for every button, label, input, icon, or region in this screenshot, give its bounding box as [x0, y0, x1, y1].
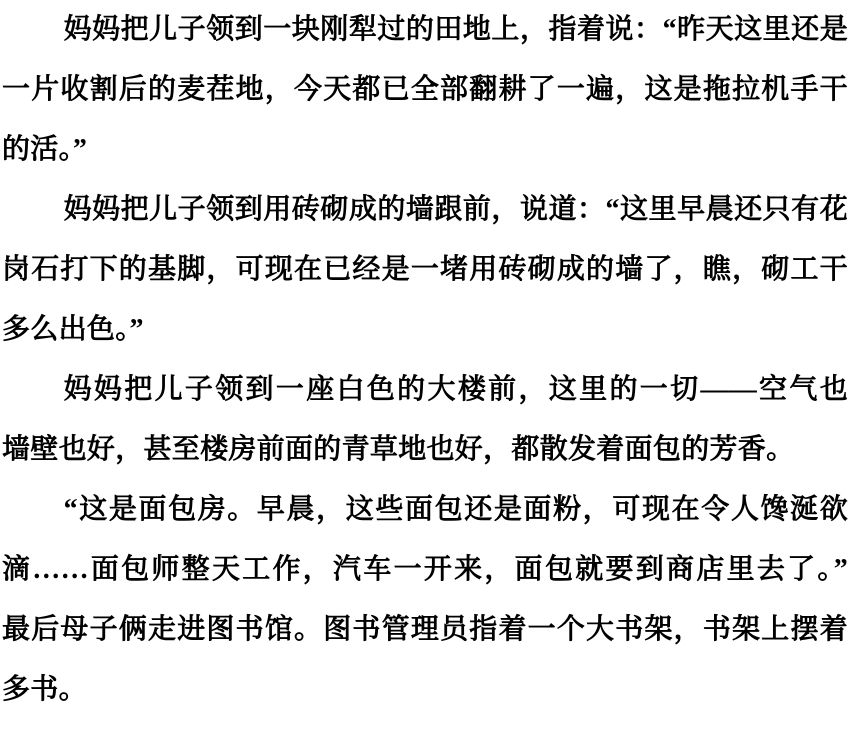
paragraph-bakery-library: “这是面包房。早晨，这些面包还是面粉，可现在令人馋涎欲 滴……面包师整天工作，汽…: [2, 480, 848, 720]
paragraph-line: 妈妈把儿子领到用砖砌成的墙跟前，说道：“这里早晨还只有花: [2, 180, 848, 240]
paragraph-line: 最后母子俩走进图书馆。图书管理员指着一个大书架，书架上摆着很: [2, 600, 848, 660]
paragraph-line: 多书。: [2, 660, 848, 720]
paragraph-wall: 妈妈把儿子领到用砖砌成的墙跟前，说道：“这里早晨还只有花 岗石打下的基脚，可现在…: [2, 180, 848, 360]
paragraph-line: 一片收割后的麦茬地，今天都已全部翻耕了一遍，这是拖拉机手干: [2, 60, 848, 120]
paragraph-line: 岗石打下的基脚，可现在已经是一堵用砖砌成的墙了，瞧，砌工干得: [2, 240, 848, 300]
paragraph-building: 妈妈把儿子领到一座白色的大楼前，这里的一切——空气也好， 墙壁也好，甚至楼房前面…: [2, 360, 848, 480]
paragraph-line: 墙壁也好，甚至楼房前面的青草地也好，都散发着面包的芳香。: [2, 420, 848, 480]
paragraph-line: “这是面包房。早晨，这些面包还是面粉，可现在令人馋涎欲: [2, 480, 848, 540]
paragraph-line: 的活。”: [2, 120, 848, 180]
paragraph-field: 妈妈把儿子领到一块刚犁过的田地上，指着说：“昨天这里还是 一片收割后的麦茬地，今…: [2, 0, 848, 180]
paragraph-line: 滴……面包师整天工作，汽车一开来，面包就要到商店里去了。”: [2, 540, 848, 600]
paragraph-line: 妈妈把儿子领到一座白色的大楼前，这里的一切——空气也好，: [2, 360, 848, 420]
document-page: 妈妈把儿子领到一块刚犁过的田地上，指着说：“昨天这里还是 一片收割后的麦茬地，今…: [0, 0, 850, 737]
paragraph-line: 妈妈把儿子领到一块刚犁过的田地上，指着说：“昨天这里还是: [2, 0, 848, 60]
paragraph-line: 多么出色。”: [2, 300, 848, 360]
